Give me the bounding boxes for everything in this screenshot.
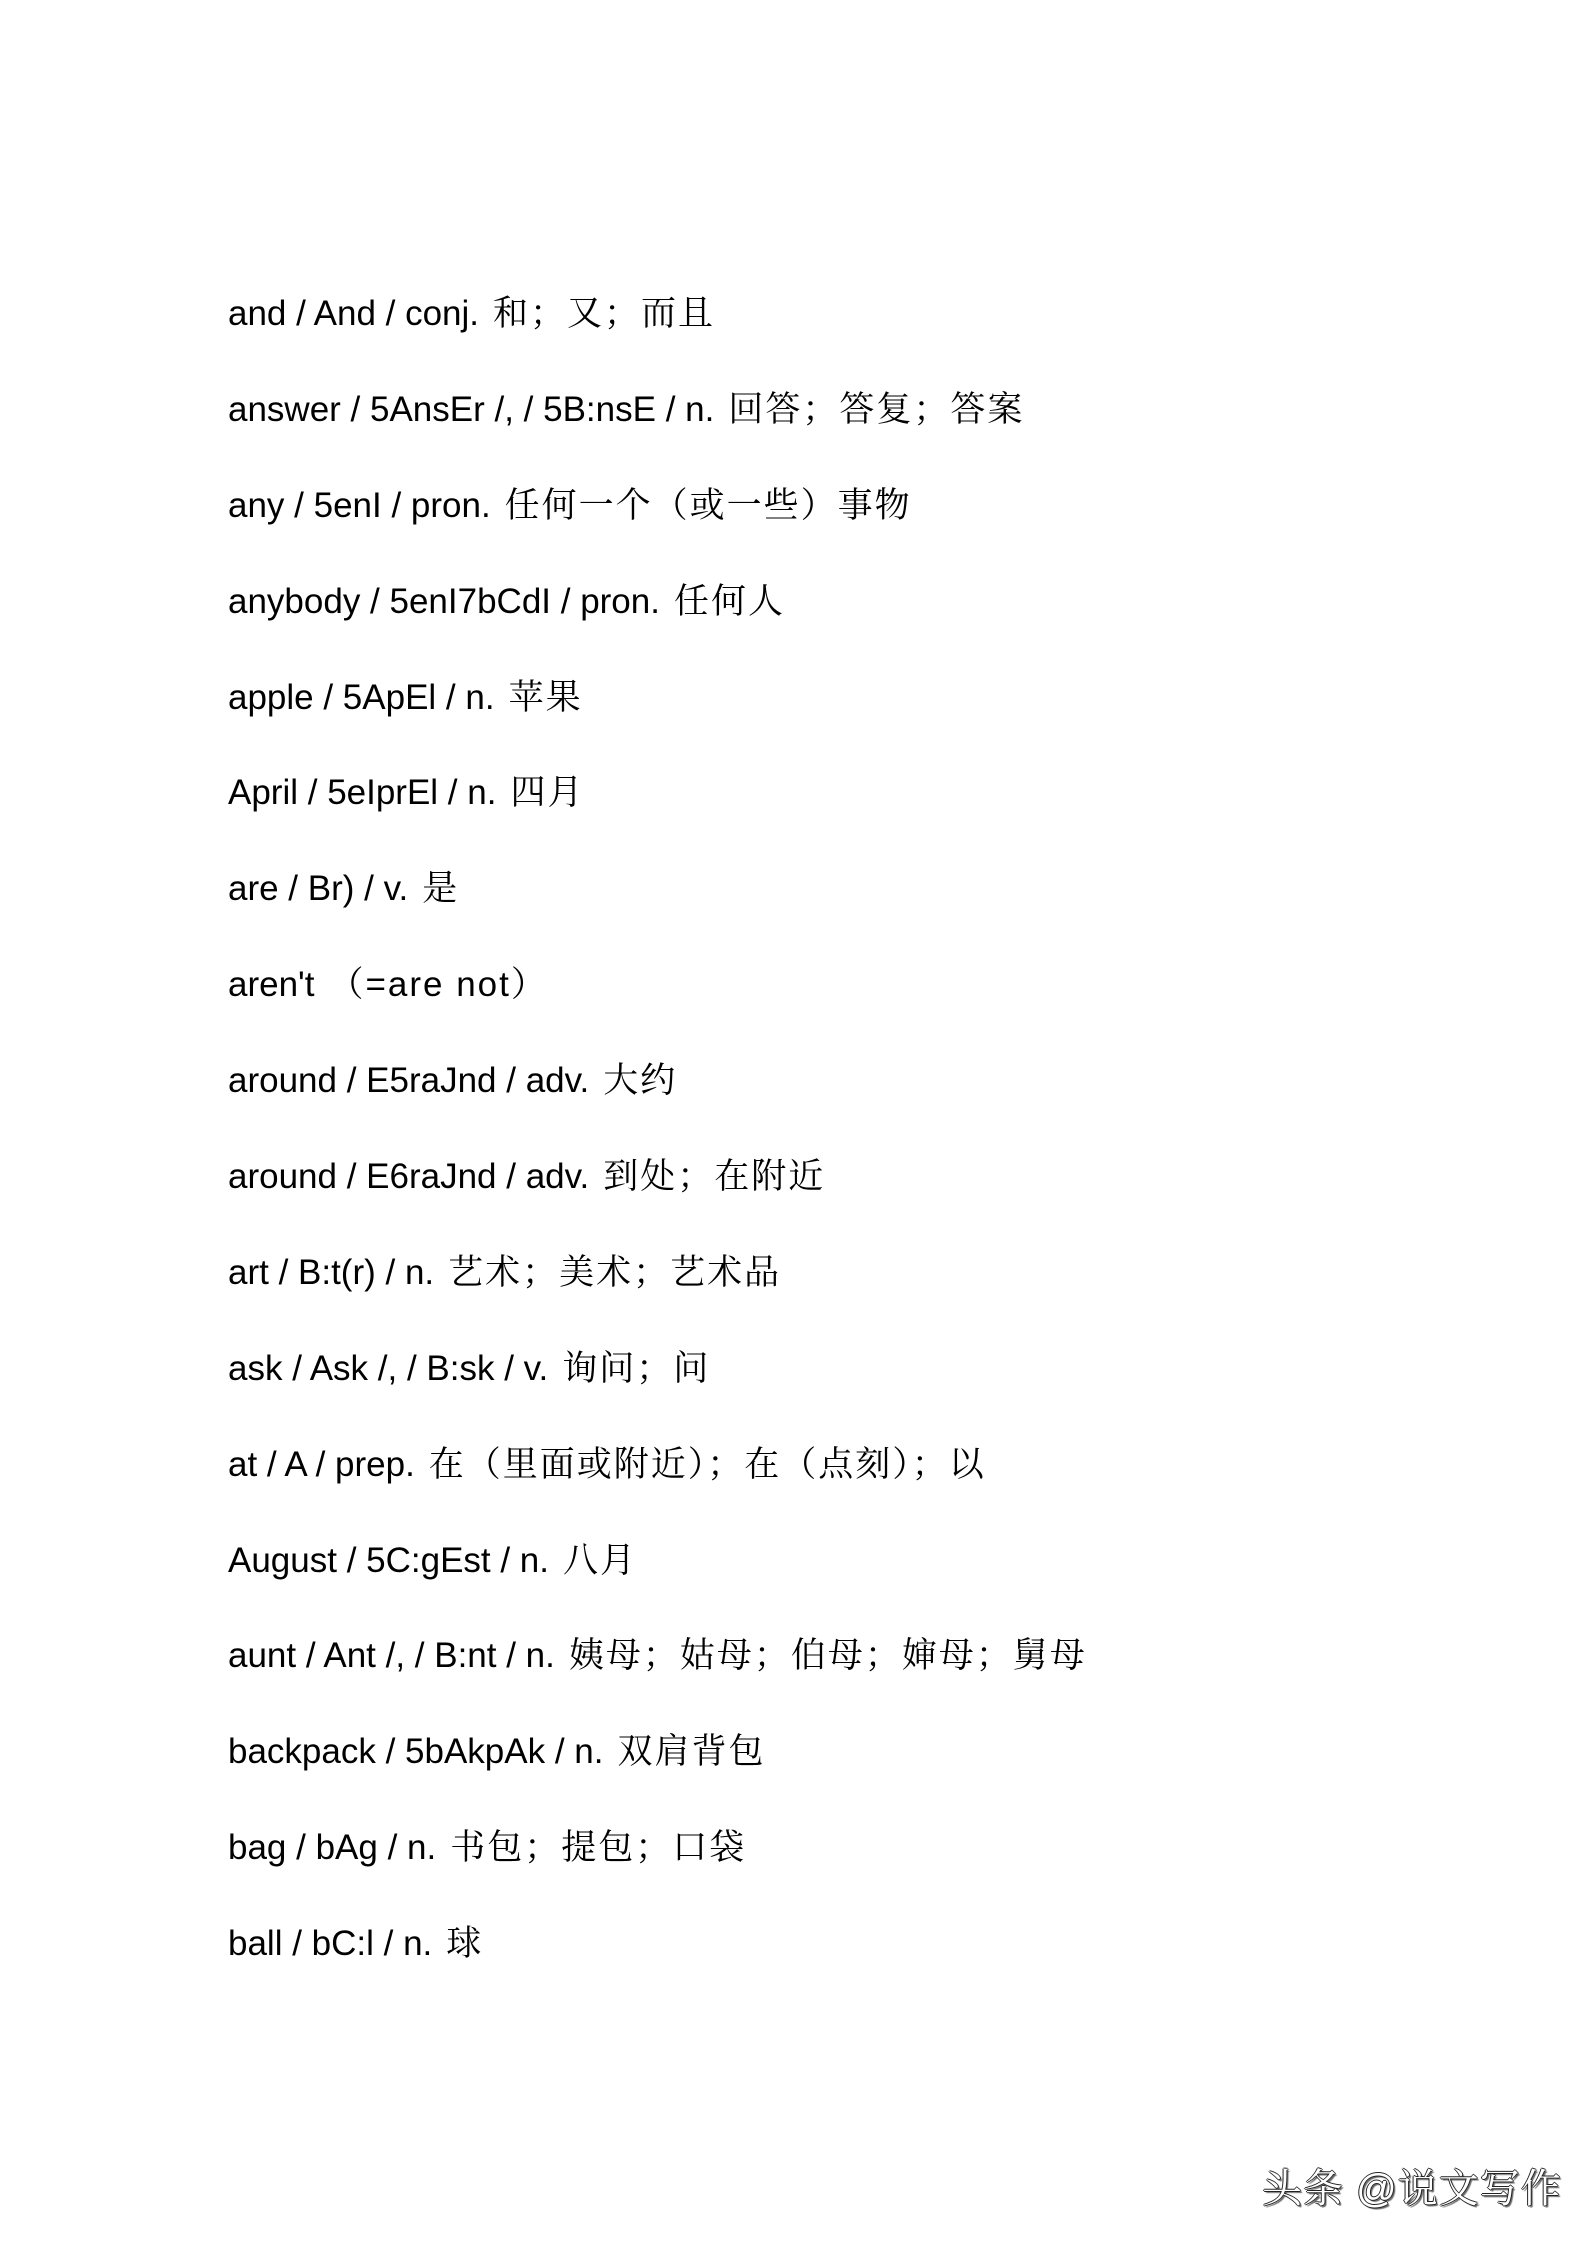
vocab-entry: any / 5enI / pron.任何一个（或一些）事物 bbox=[228, 482, 1087, 578]
vocab-entry: anybody / 5enI7bCdI / pron.任何人 bbox=[228, 578, 1087, 674]
vocab-entry: apple / 5ApEl / n.苹果 bbox=[228, 674, 1087, 770]
vocab-entry: art / B:t(r) / n.艺术；美术；艺术品 bbox=[228, 1249, 1087, 1345]
entry-headword: August / 5C:gEst / n. bbox=[228, 1541, 549, 1580]
vocab-entry: ball / bC:l / n.球 bbox=[228, 1920, 1087, 2016]
entry-meaning: 询问；问 bbox=[562, 1349, 710, 1388]
entry-headword: aunt / Ant /, / B:nt / n. bbox=[228, 1636, 555, 1675]
vocab-entry: and / And / conj.和；又；而且 bbox=[228, 290, 1087, 386]
vocab-entry: are / Br) / v.是 bbox=[228, 865, 1087, 961]
entry-headword: around / E6raJnd / adv. bbox=[228, 1157, 589, 1196]
entry-headword: art / B:t(r) / n. bbox=[228, 1253, 434, 1292]
entry-meaning: 艺术；美术；艺术品 bbox=[448, 1253, 781, 1292]
entry-headword: anybody / 5enI7bCdI / pron. bbox=[228, 582, 660, 621]
vocab-entry: August / 5C:gEst / n.八月 bbox=[228, 1537, 1087, 1633]
entry-meaning: 八月 bbox=[563, 1541, 637, 1580]
entry-headword: ask / Ask /, / B:sk / v. bbox=[228, 1349, 548, 1388]
entry-meaning: 球 bbox=[446, 1924, 483, 1963]
entry-meaning: 大约 bbox=[603, 1061, 677, 1100]
vocab-entry: around / E6raJnd / adv.到处；在附近 bbox=[228, 1153, 1087, 1249]
vocab-entry: at / A / prep.在（里面或附近）；在（点刻）；以 bbox=[228, 1441, 1087, 1537]
entry-headword: ball / bC:l / n. bbox=[228, 1924, 432, 1963]
entry-meaning: 姨母；姑母；伯母；婶母；舅母 bbox=[569, 1636, 1087, 1675]
vocab-entry: April / 5eIprEl / n.四月 bbox=[228, 769, 1087, 865]
entry-meaning: 回答；答复；答案 bbox=[728, 390, 1024, 429]
entry-headword: bag / bAg / n. bbox=[228, 1828, 436, 1867]
entry-meaning: 任何一个（或一些）事物 bbox=[505, 486, 912, 525]
entry-headword: at / A / prep. bbox=[228, 1445, 415, 1484]
entry-meaning: 苹果 bbox=[509, 678, 583, 717]
entry-meaning: 任何人 bbox=[674, 582, 785, 621]
entry-meaning: 书包；提包；口袋 bbox=[450, 1828, 746, 1867]
entry-headword: answer / 5AnsEr /, / 5B:nsE / n. bbox=[228, 390, 714, 429]
entry-meaning: 双肩背包 bbox=[617, 1732, 765, 1771]
vocabulary-list: and / And / conj.和；又；而且 answer / 5AnsEr … bbox=[228, 290, 1087, 2016]
entry-headword: April / 5eIprEl / n. bbox=[228, 773, 496, 812]
entry-meaning: 在（里面或附近）；在（点刻）；以 bbox=[429, 1445, 986, 1484]
entry-headword: backpack / 5bAkpAk / n. bbox=[228, 1732, 603, 1771]
document-page: and / And / conj.和；又；而且 answer / 5AnsEr … bbox=[0, 0, 1587, 2245]
vocab-entry: aren't（=are not） bbox=[228, 961, 1087, 1057]
entry-headword: aren't bbox=[228, 965, 314, 1004]
entry-meaning: 是 bbox=[422, 869, 459, 908]
vocab-entry: answer / 5AnsEr /, / 5B:nsE / n.回答；答复；答案 bbox=[228, 386, 1087, 482]
vocab-entry: bag / bAg / n.书包；提包；口袋 bbox=[228, 1824, 1087, 1920]
entry-meaning: 和；又；而且 bbox=[493, 294, 715, 333]
entry-headword: any / 5enI / pron. bbox=[228, 486, 491, 525]
watermark: 头条 @说文写作 bbox=[1262, 2165, 1562, 2213]
entry-meaning: （=are not） bbox=[328, 965, 547, 1004]
entry-headword: and / And / conj. bbox=[228, 294, 479, 333]
vocab-entry: aunt / Ant /, / B:nt / n.姨母；姑母；伯母；婶母；舅母 bbox=[228, 1632, 1087, 1728]
entry-headword: are / Br) / v. bbox=[228, 869, 408, 908]
entry-meaning: 到处；在附近 bbox=[603, 1157, 825, 1196]
vocab-entry: backpack / 5bAkpAk / n.双肩背包 bbox=[228, 1728, 1087, 1824]
entry-headword: around / E5raJnd / adv. bbox=[228, 1061, 589, 1100]
entry-meaning: 四月 bbox=[510, 773, 584, 812]
entry-headword: apple / 5ApEl / n. bbox=[228, 678, 495, 717]
vocab-entry: ask / Ask /, / B:sk / v.询问；问 bbox=[228, 1345, 1087, 1441]
vocab-entry: around / E5raJnd / adv.大约 bbox=[228, 1057, 1087, 1153]
